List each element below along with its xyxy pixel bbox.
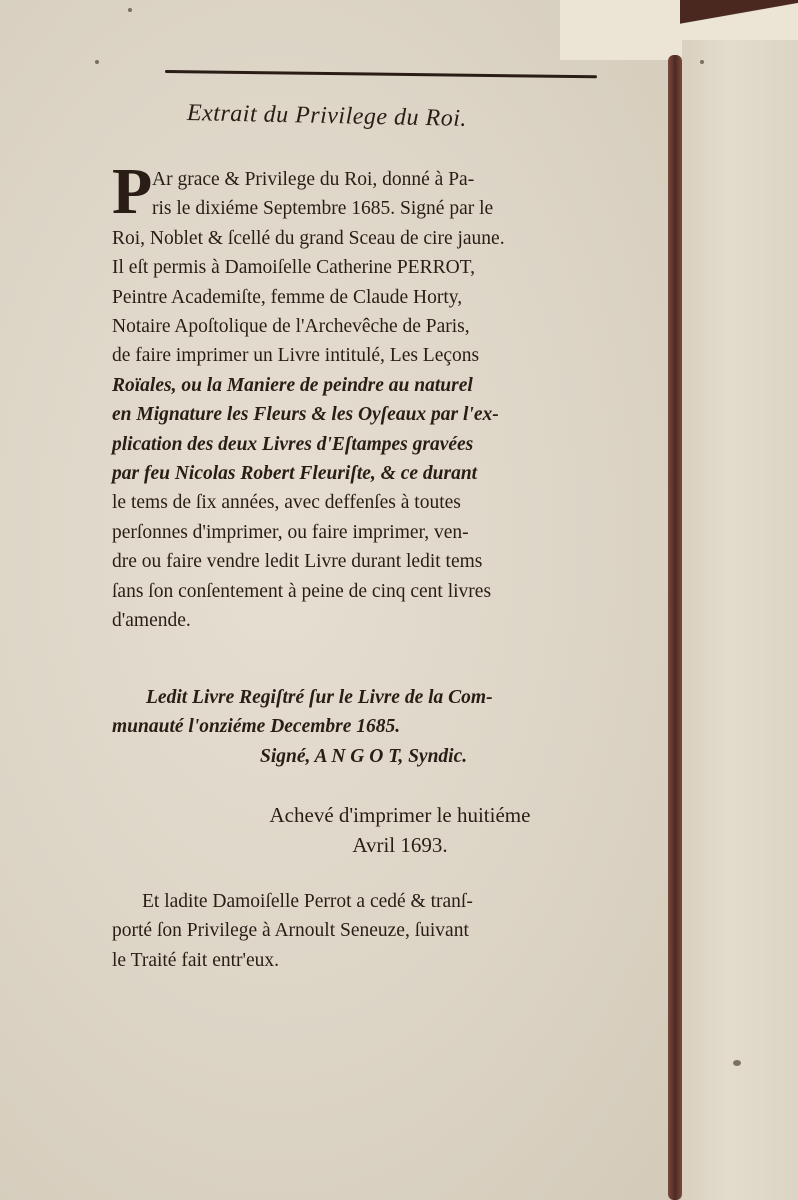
text-line: dre ou faire vendre ledit Livre durant l… xyxy=(112,547,657,576)
text-line-italic: plication des deux Livres d'Eſtampes gra… xyxy=(112,430,657,459)
right-page xyxy=(682,40,798,1200)
transfer-paragraph: Et ladite Damoiſelle Perrot a cedé & tra… xyxy=(112,887,672,975)
registration-note: Ledit Livre Regiſtré ſur le Livre de la … xyxy=(112,683,672,771)
text-line: Roi, Noblet & ſcellé du grand Sceau de c… xyxy=(112,224,657,253)
text-line: Achevé d'imprimer le huitiéme xyxy=(200,800,600,830)
text-line: perſonnes d'imprimer, ou faire imprimer,… xyxy=(112,518,657,547)
text-line: d'amende. xyxy=(112,606,657,635)
paper-speck xyxy=(95,60,99,64)
privilege-paragraph: Ar grace & Privilege du Roi, donné à Pa-… xyxy=(112,165,657,636)
right-page-cover-edge xyxy=(680,0,798,46)
paper-speck xyxy=(733,1060,741,1066)
text-line: le tems de ſix années, avec deffenſes à … xyxy=(112,488,657,517)
paper-speck xyxy=(128,8,132,12)
printing-completed-note: Achevé d'imprimer le huitiéme Avril 1693… xyxy=(200,800,600,860)
text-line: ſans ſon conſentement à peine de cinq ce… xyxy=(112,577,657,606)
text-line: Ledit Livre Regiſtré ſur le Livre de la … xyxy=(112,683,672,712)
text-line: Ar grace & Privilege du Roi, donné à Pa- xyxy=(112,165,657,194)
text-line: Notaire Apoſtolique de l'Archevêche de P… xyxy=(112,312,657,341)
text-line-italic: par feu Nicolas Robert Fleuriſte, & ce d… xyxy=(112,459,657,488)
text-line-italic: Roïales, ou la Maniere de peindre au nat… xyxy=(112,371,657,400)
text-line: munauté l'onziéme Decembre 1685. xyxy=(112,712,672,741)
paper-speck xyxy=(700,60,704,64)
text-line: porté ſon Privilege à Arnoult Seneuze, ſ… xyxy=(112,916,672,945)
book-gutter xyxy=(668,55,682,1200)
text-line: Avril 1693. xyxy=(200,830,600,860)
text-line: le Traité fait entr'eux. xyxy=(112,946,672,975)
text-line: ris le dixiéme Septembre 1685. Signé par… xyxy=(112,194,657,223)
text-line: Et ladite Damoiſelle Perrot a cedé & tra… xyxy=(112,887,672,916)
text-line-italic: en Mignature les Fleurs & les Oyſeaux pa… xyxy=(112,400,657,429)
signature-line: Signé, A N G O T, Syndic. xyxy=(112,742,672,771)
text-line: Il eſt permis à Damoiſelle Catherine PER… xyxy=(112,253,657,282)
text-line: Peintre Academiſte, femme de Claude Hort… xyxy=(112,283,657,312)
text-line: de faire imprimer un Livre intitulé, Les… xyxy=(112,341,657,370)
